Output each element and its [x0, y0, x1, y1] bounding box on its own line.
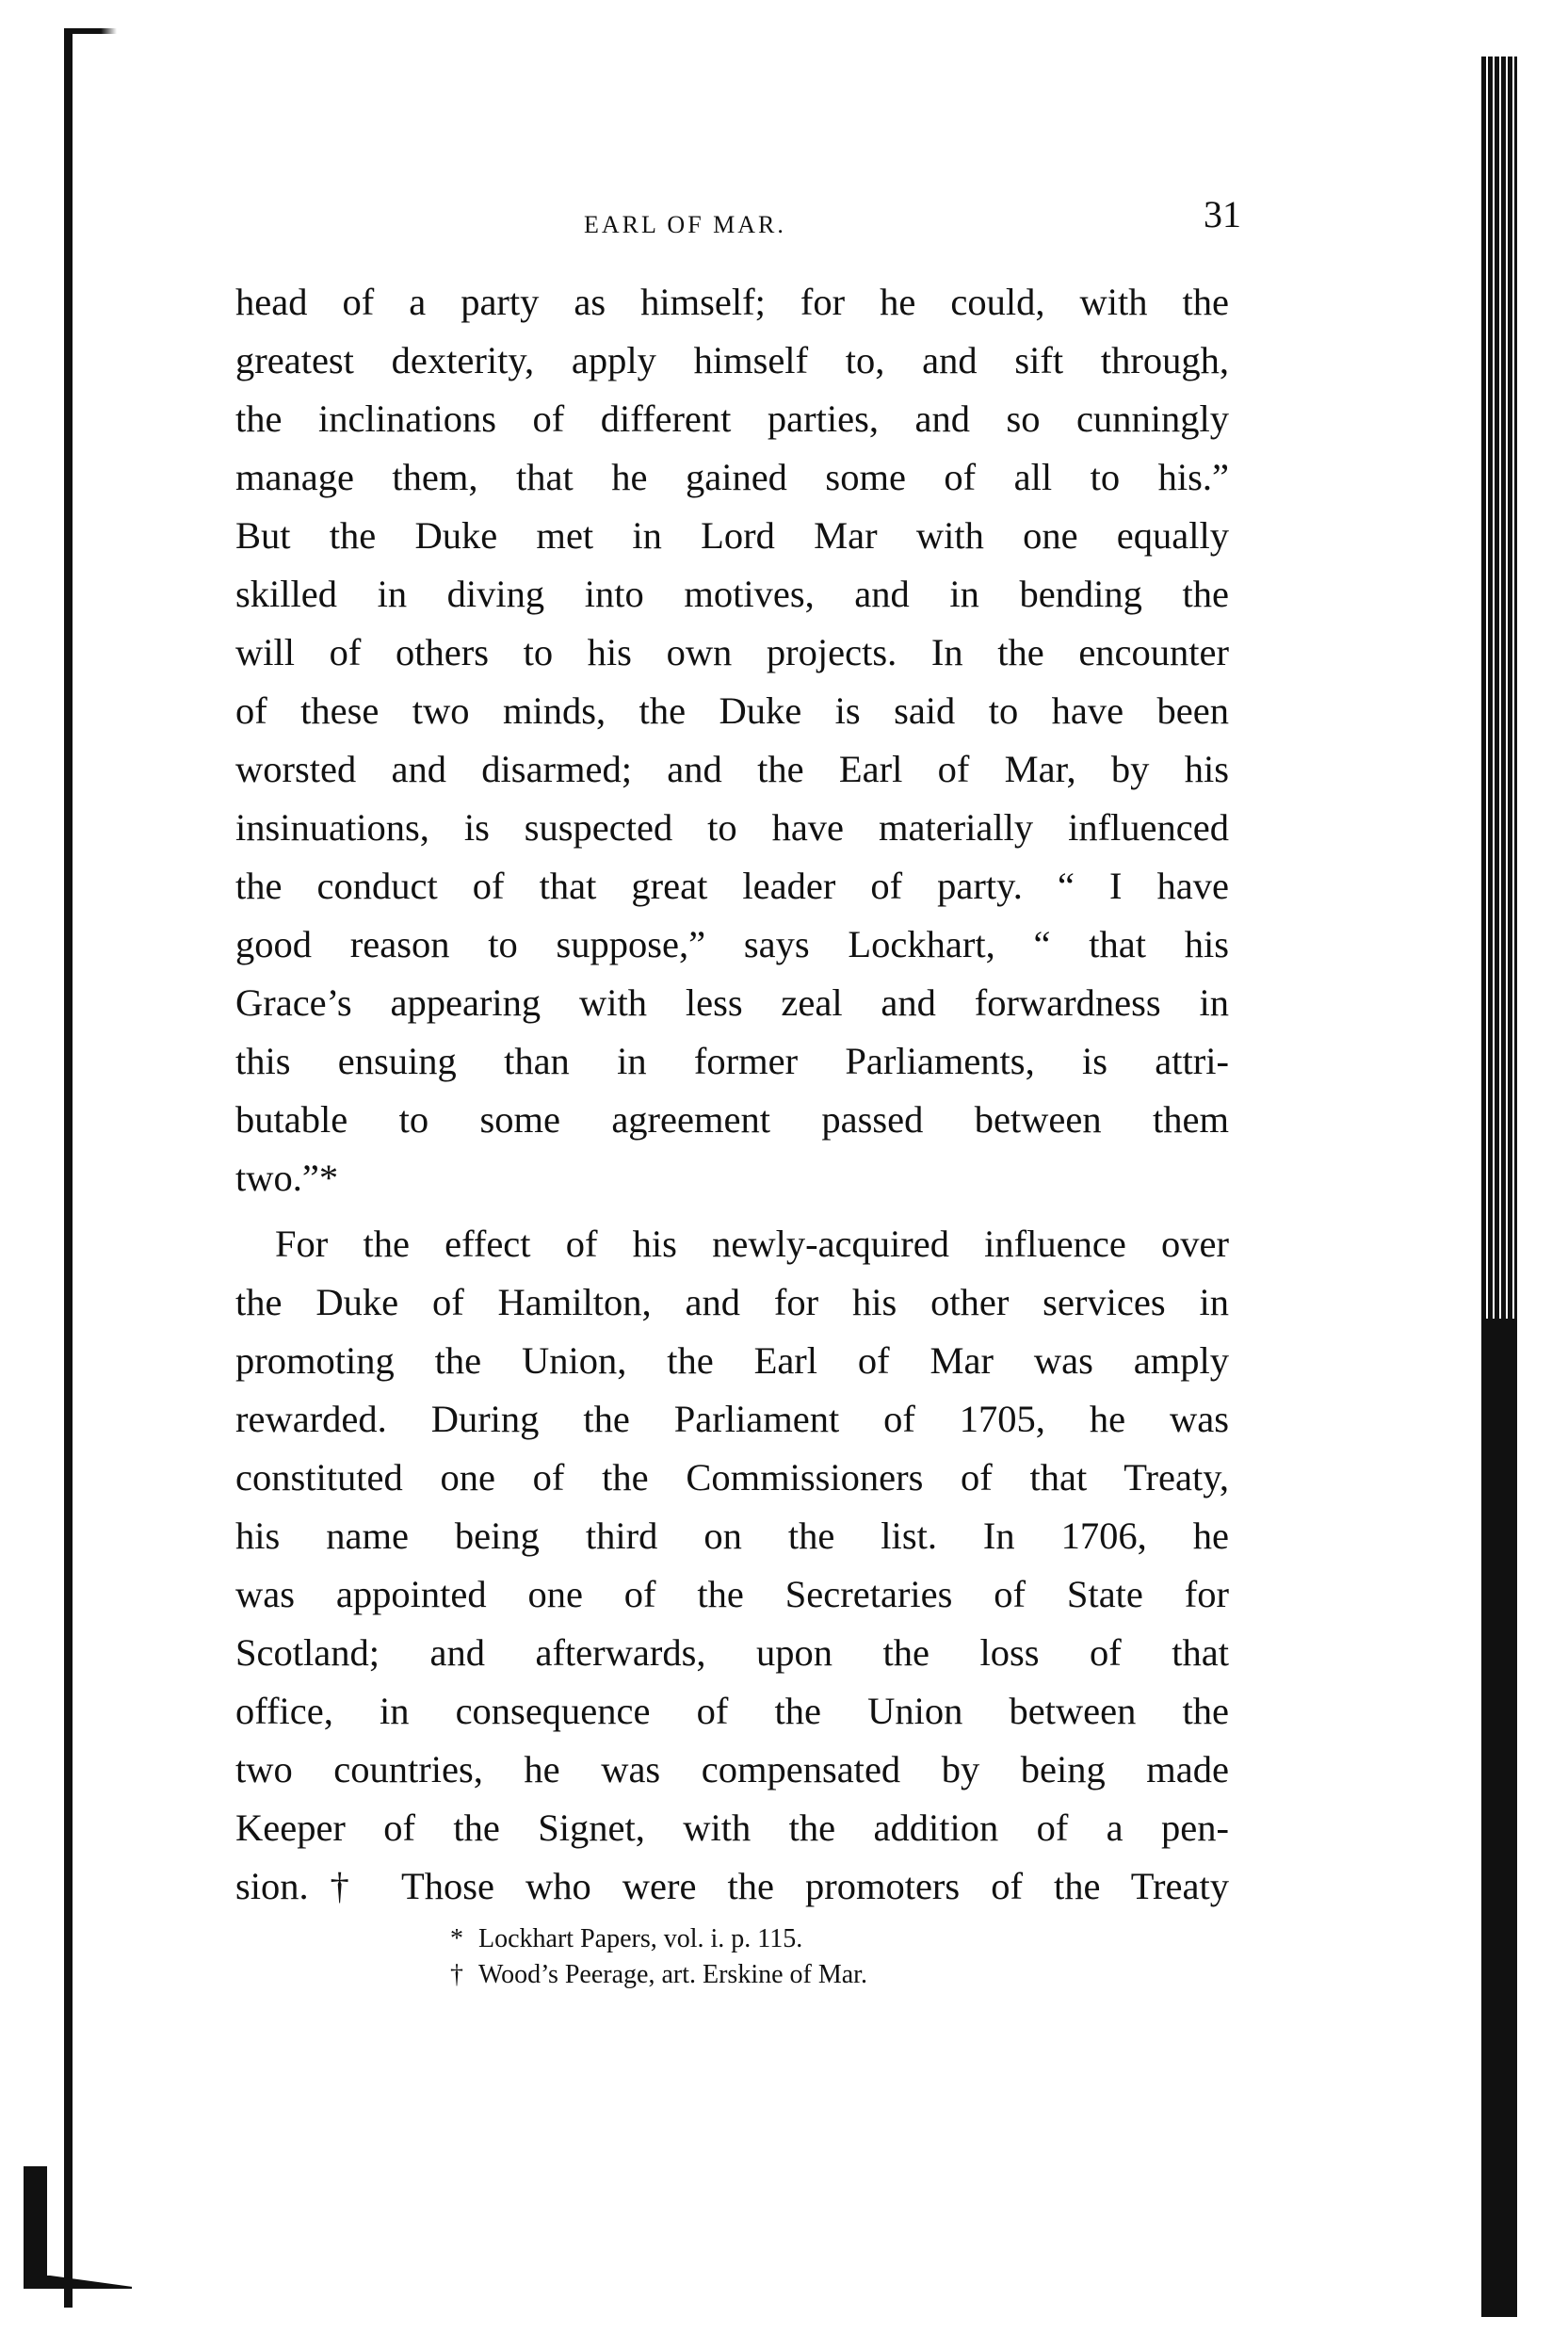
text-line: Keeper of the Signet, with the addition … [235, 1799, 1229, 1857]
text-line: the inclinations of different parties, a… [235, 390, 1229, 448]
book-page: EARL OF MAR. 31 head of a party as himse… [0, 0, 1568, 2333]
text-line: greatest dexterity, apply himself to, an… [235, 332, 1229, 390]
page-stack-edge-right-lower [1483, 1319, 1517, 2317]
text-line: was appointed one of the Secretaries of … [235, 1565, 1229, 1624]
text-line: sion.† Those who were the promoters of t… [235, 1857, 1229, 1916]
binding-edge-left-bottom [36, 2276, 132, 2289]
running-header: EARL OF MAR. [584, 211, 786, 239]
asterisk-footnote-mark: * [450, 1921, 478, 1957]
text-line: worsted and disarmed; and the Earl of Ma… [235, 740, 1229, 799]
text-line: office, in consequence of the Union betw… [235, 1682, 1229, 1741]
binding-edge-left [64, 28, 73, 2308]
dagger-footnote-mark: † [450, 1957, 478, 1993]
footnote-text: Wood’s Peerage, art. Erskine of Mar. [478, 1960, 867, 1989]
text-line: constituted one of the Commissioners of … [235, 1449, 1229, 1507]
text-line: butable to some agreement passed between… [235, 1091, 1229, 1149]
text-line: his name being third on the list. In 170… [235, 1507, 1229, 1565]
text-line: manage them, that he gained some of all … [235, 448, 1229, 507]
text-line: promoting the Union, the Earl of Mar was… [235, 1332, 1229, 1390]
paragraph-start-line: For the effect of his newly-acquired inf… [275, 1215, 1229, 1273]
text-line: skilled in diving into motives, and in b… [235, 565, 1229, 624]
text-line: this ensuing than in former Parliaments,… [235, 1032, 1229, 1091]
footnote-2: †Wood’s Peerage, art. Erskine of Mar. [450, 1957, 867, 1993]
text-line: will of others to his own projects. In t… [235, 624, 1229, 682]
text-line: good reason to suppose,” says Lockhart, … [235, 915, 1229, 974]
text-line: the conduct of that great leader of part… [235, 857, 1229, 915]
text-line: the Duke of Hamilton, and for his other … [235, 1273, 1229, 1332]
page-number: 31 [1204, 192, 1241, 236]
text-line: But the Duke met in Lord Mar with one eq… [235, 507, 1229, 565]
binding-edge-left-top [64, 28, 117, 34]
footnote-1: *Lockhart Papers, vol. i. p. 115. [450, 1921, 867, 1957]
text-line: Scotland; and afterwards, upon the loss … [235, 1624, 1229, 1682]
text-line: rewarded. During the Parliament of 1705,… [235, 1390, 1229, 1449]
text-line: Grace’s appearing with less zeal and for… [235, 974, 1229, 1032]
text-line: of these two minds, the Duke is said to … [235, 682, 1229, 740]
text-line: two.”* [235, 1149, 1229, 1207]
text-line: head of a party as himself; for he could… [235, 273, 1229, 332]
footnote-text: Lockhart Papers, vol. i. p. 115. [478, 1924, 802, 1953]
footnotes: *Lockhart Papers, vol. i. p. 115. †Wood’… [450, 1921, 867, 1993]
text-line: two countries, he was compensated by bei… [235, 1741, 1229, 1799]
binding-edge-left-bottom-block [24, 2166, 47, 2289]
text-line: insinuations, is suspected to have mater… [235, 799, 1229, 857]
